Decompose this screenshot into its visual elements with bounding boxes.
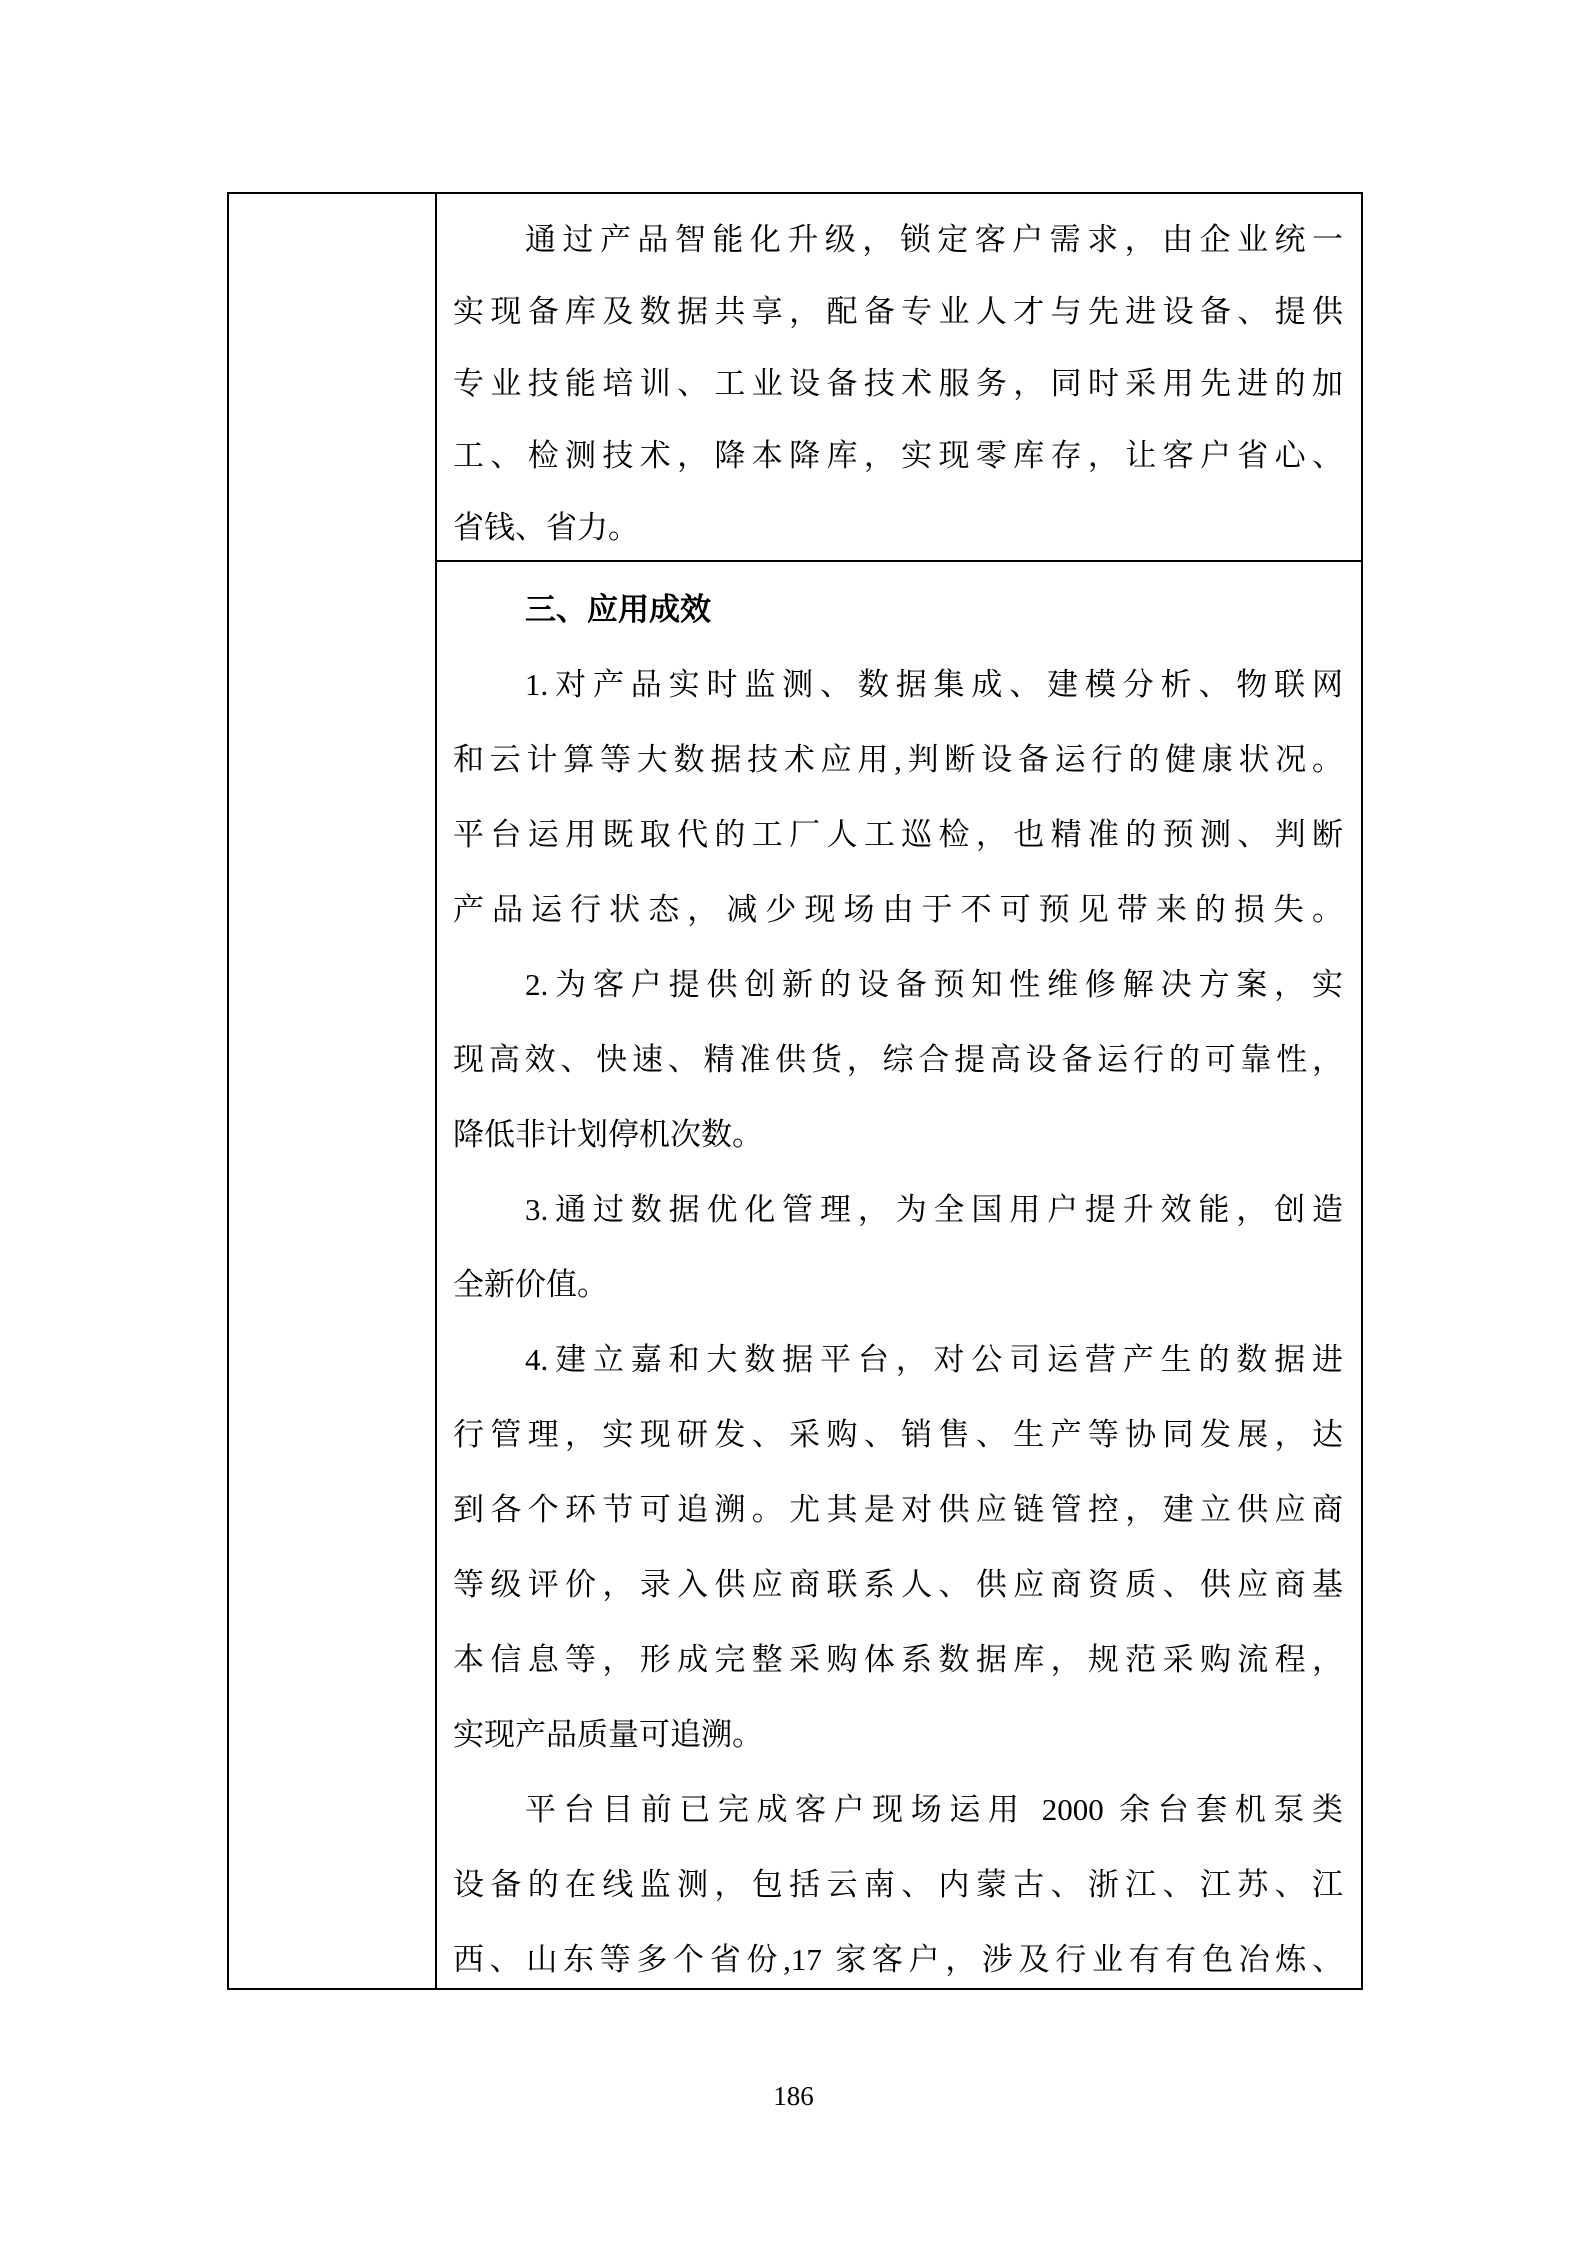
text-line: 全新价值。: [453, 1247, 1343, 1322]
text-line: 本信息等，形成完整采购体系数据库，规范采购流程，: [453, 1622, 1343, 1697]
text-line: 通过产品智能化升级，锁定客户需求，由企业统一: [453, 204, 1343, 276]
text-line: 设备的在线监测，包括云南、内蒙古、浙江、江苏、江: [453, 1847, 1343, 1922]
text-line: 等级评价，录入供应商联系人、供应商资质、供应商基: [453, 1547, 1343, 1622]
text-line: 实现备库及数据共享，配备专业人才与先进设备、提供: [453, 276, 1343, 348]
text-line: 到各个环节可追溯。尤其是对供应链管控，建立供应商: [453, 1472, 1343, 1547]
table-right-column: 通过产品智能化升级，锁定客户需求，由企业统一 实现备库及数据共享，配备专业人才与…: [437, 194, 1361, 1988]
content-table: 通过产品智能化升级，锁定客户需求，由企业统一 实现备库及数据共享，配备专业人才与…: [227, 192, 1363, 1990]
text-line: 专业技能培训、工业设备技术服务，同时采用先进的加: [453, 348, 1343, 420]
text-line: 3.通过数据优化管理，为全国用户提升效能，创造: [453, 1172, 1343, 1247]
page-number: 186: [0, 2080, 1587, 2112]
text-line: 和云计算等大数据技术应用,判断设备运行的健康状况。: [453, 722, 1343, 797]
text-line: 4.建立嘉和大数据平台，对公司运营产生的数据进: [453, 1322, 1343, 1397]
text-line: 行管理，实现研发、采购、销售、生产等协同发展，达: [453, 1397, 1343, 1472]
effect-cell: 三、应用成效 1.对产品实时监测、数据集成、建模分析、物联网 和云计算等大数据技…: [437, 562, 1361, 1988]
text-line: 降低非计划停机次数。: [453, 1097, 1343, 1172]
text-line: 产品运行状态，减少现场由于不可预见带来的损失。: [453, 872, 1343, 947]
intro-cell: 通过产品智能化升级，锁定客户需求，由企业统一 实现备库及数据共享，配备专业人才与…: [437, 194, 1361, 562]
text-line: 西、山东等多个省份,17 家客户，涉及行业有有色冶炼、: [453, 1922, 1343, 1988]
text-line: 2.为客户提供创新的设备预知性维修解决方案，实: [453, 947, 1343, 1022]
text-line: 省钱、省力。: [453, 492, 1343, 562]
text-line: 1.对产品实时监测、数据集成、建模分析、物联网: [453, 647, 1343, 722]
text-line: 平台运用既取代的工厂人工巡检，也精准的预测、判断: [453, 797, 1343, 872]
text-line: 平台目前已完成客户现场运用 2000 余台套机泵类: [453, 1772, 1343, 1847]
table-left-cell: [229, 194, 437, 1988]
text-line: 实现产品质量可追溯。: [453, 1697, 1343, 1772]
text-line: 现高效、快速、精准供货，综合提高设备运行的可靠性，: [453, 1022, 1343, 1097]
text-line: 工、检测技术，降本降库，实现零库存，让客户省心、: [453, 420, 1343, 492]
section-heading: 三、应用成效: [453, 572, 1343, 647]
